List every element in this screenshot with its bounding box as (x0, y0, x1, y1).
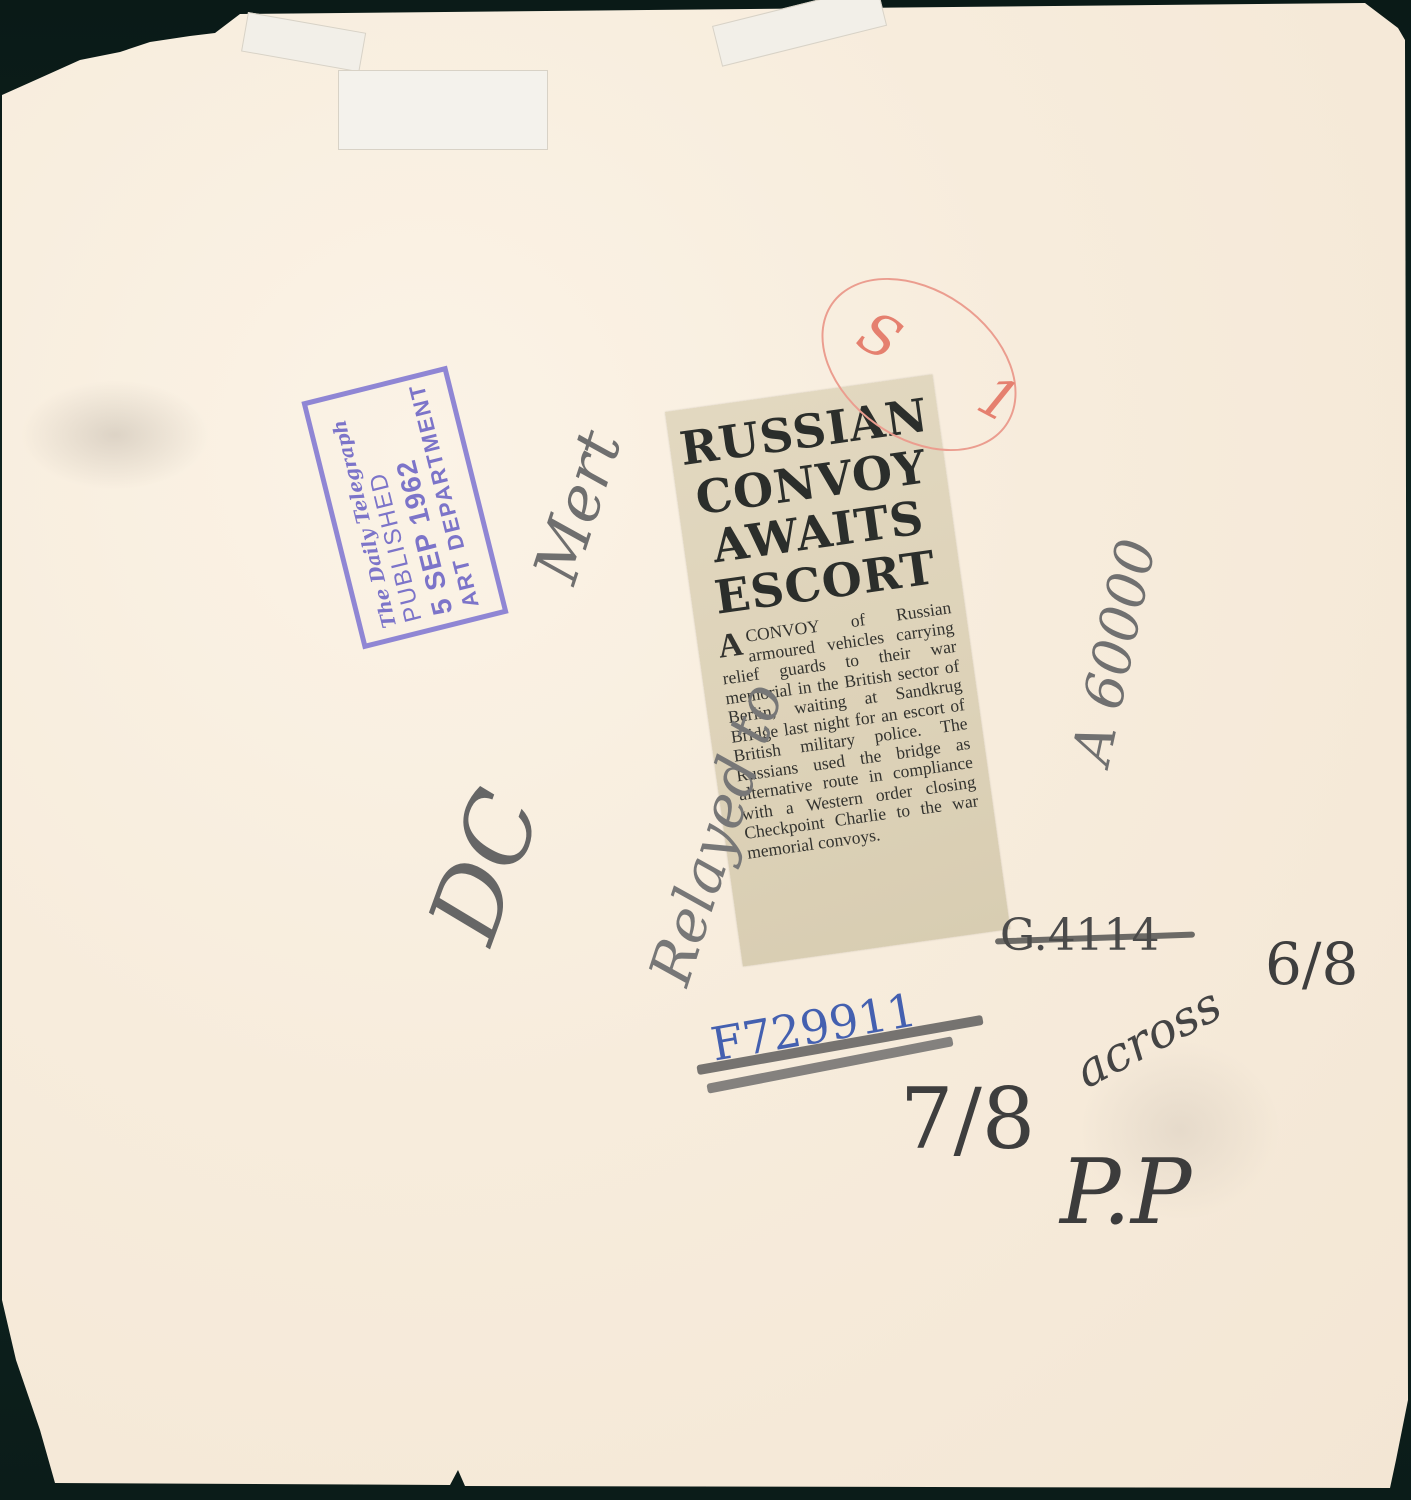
tape-strip-center (338, 70, 548, 150)
dropcap: A (716, 630, 744, 663)
photo-back-paper (0, 0, 1411, 1500)
initials: P.P (1060, 1140, 1191, 1245)
fraction-bottom: 7/8 (900, 1070, 1035, 1168)
smudge-stain (20, 380, 210, 490)
fraction-right: 6/8 (1265, 930, 1358, 998)
